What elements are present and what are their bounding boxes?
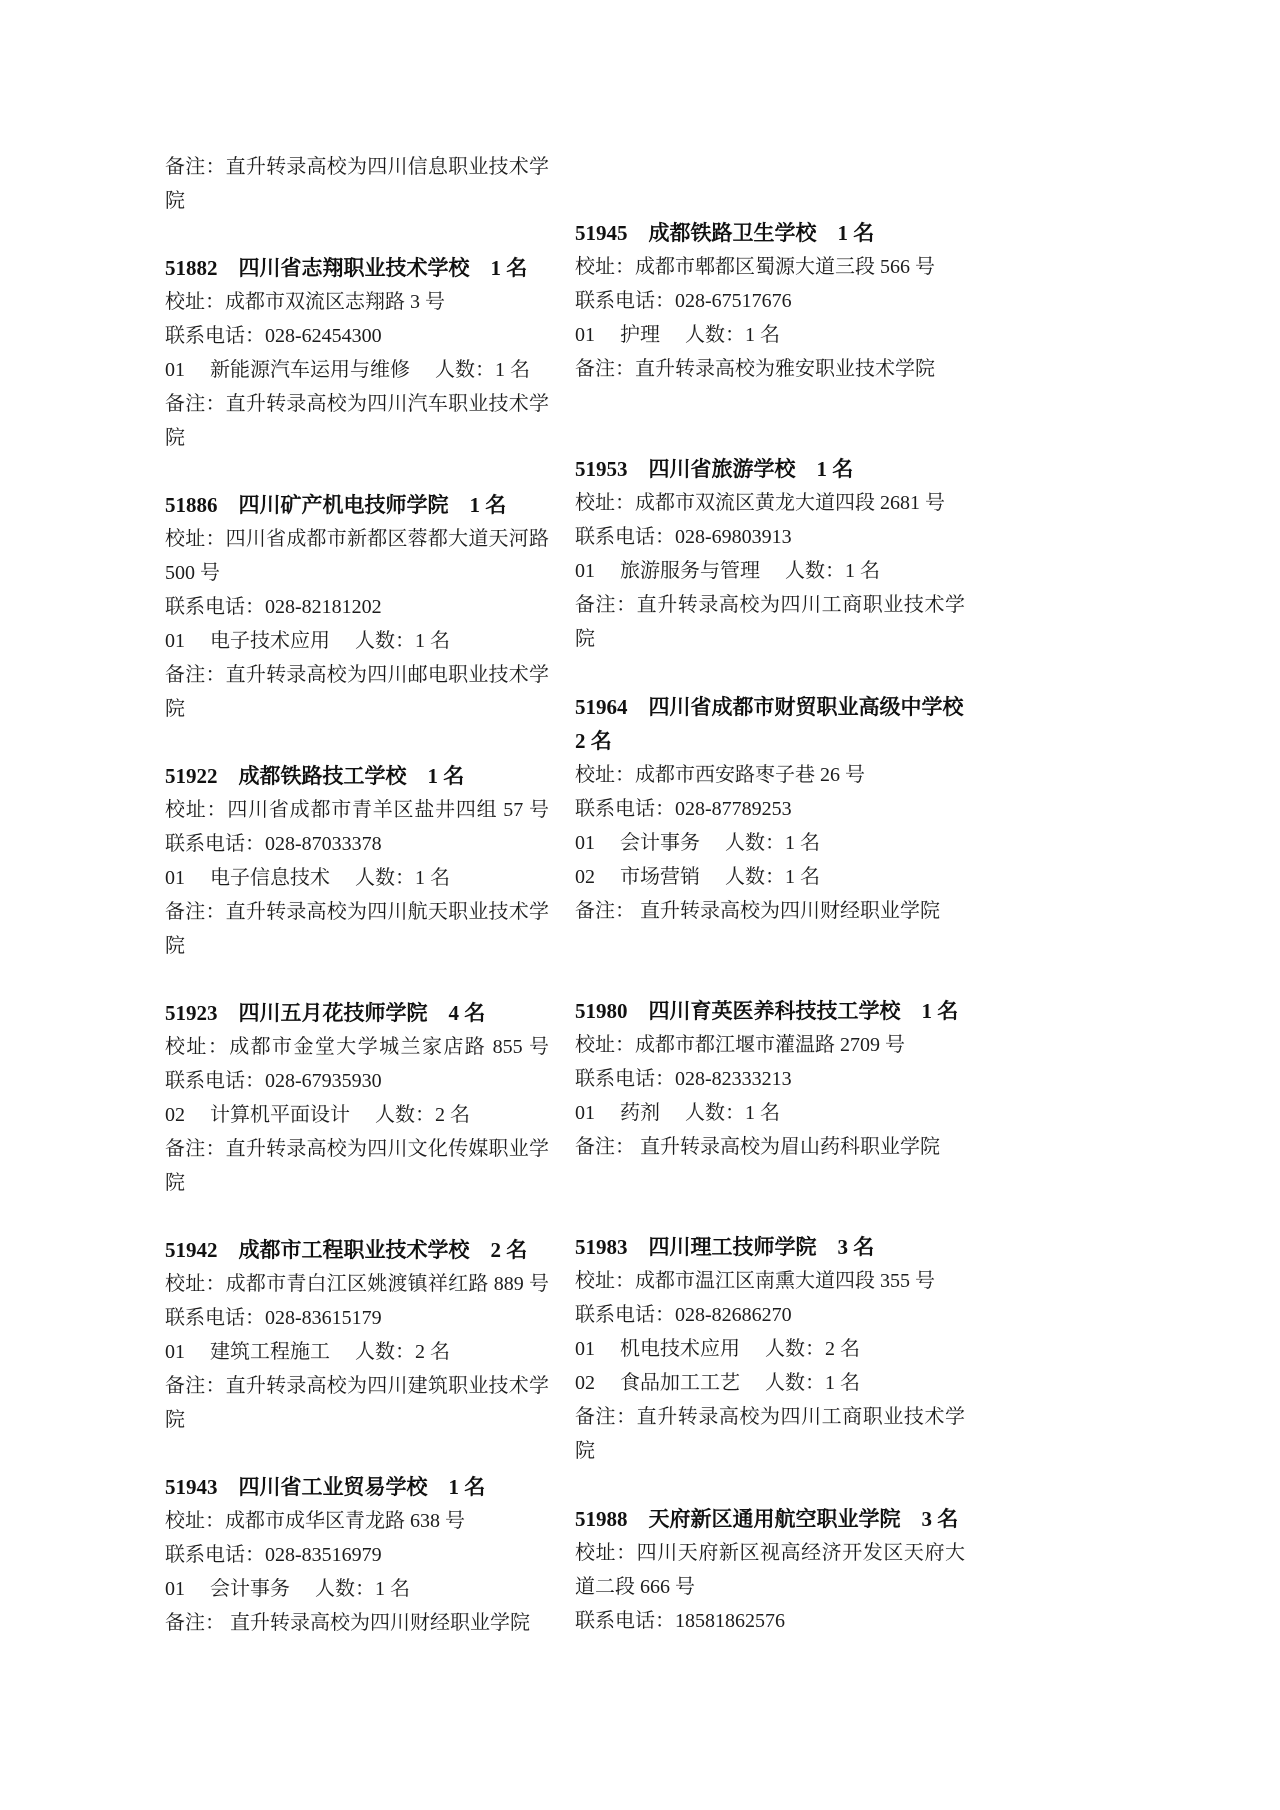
school-entry: 51980 四川育英医养科技技工学校 1 名校址：成都市都江堰市灌温路 2709… [575,994,965,1164]
school-entry: 51882 四川省志翔职业技术学校 1 名校址：成都市双流区志翔路 3 号联系电… [165,251,549,455]
school-info-line: 校址：四川省成都市新都区蓉都大道天河路 [165,522,549,556]
school-entry: 51983 四川理工技师学院 3 名校址：成都市温江区南熏大道四段 355 号联… [575,1230,965,1468]
school-entry: 51953 四川省旅游学校 1 名校址：成都市双流区黄龙大道四段 2681 号联… [575,452,965,656]
school-header-continued: 2 名 [575,724,965,758]
school-info-line: 联系电话：028-69803913 [575,520,965,554]
school-info-line: 02 市场营销 人数：1 名 [575,860,965,894]
school-info-line: 01 会计事务 人数：1 名 [165,1572,549,1606]
school-info-line: 备注：直升转录高校为四川工商职业技术学 [575,588,965,622]
school-info-line: 院 [575,1434,965,1468]
school-entry: 51923 四川五月花技师学院 4 名校址：成都市金堂大学城兰家店路 855 号… [165,996,549,1200]
school-info-line: 备注： 直升转录高校为四川财经职业学院 [165,1606,549,1640]
school-info-line: 备注：直升转录高校为四川工商职业技术学 [575,1400,965,1434]
school-info-line: 校址：成都市双流区黄龙大道四段 2681 号 [575,486,965,520]
school-info-line: 01 机电技术应用 人数：2 名 [575,1332,965,1366]
school-info-line: 院 [575,622,965,656]
school-info-line: 备注：直升转录高校为四川航天职业技术学 [165,895,549,929]
school-info-line: 联系电话：18581862576 [575,1604,965,1638]
school-info-line: 院 [165,692,549,726]
school-info-line: 院 [165,184,549,218]
school-info-line: 校址：成都市温江区南熏大道四段 355 号 [575,1264,965,1298]
school-info-line: 01 药剂 人数：1 名 [575,1096,965,1130]
school-info-line: 备注：直升转录高校为四川汽车职业技术学 [165,387,549,421]
school-info-line: 联系电话：028-87033378 [165,827,549,861]
school-info-line: 校址：成都市双流区志翔路 3 号 [165,285,549,319]
school-info-line: 校址：成都市郫都区蜀源大道三段 566 号 [575,250,965,284]
school-info-line: 备注： 直升转录高校为眉山药科职业学院 [575,1130,965,1164]
right-column: 51945 成都铁路卫生学校 1 名校址：成都市郫都区蜀源大道三段 566 号联… [575,216,965,1638]
school-header: 51942 成都市工程职业技术学校 2 名 [165,1233,549,1267]
school-entry: 51922 成都铁路技工学校 1 名校址：四川省成都市青羊区盐井四组 57 号联… [165,759,549,963]
school-header: 51964 四川省成都市财贸职业高级中学校 [575,690,965,724]
school-info-line: 01 建筑工程施工 人数：2 名 [165,1335,549,1369]
school-info-line: 联系电话：028-62454300 [165,319,549,353]
document-page: 备注：直升转录高校为四川信息职业技术学院51882 四川省志翔职业技术学校 1 … [0,0,1280,1810]
school-info-line: 校址：成都市成华区青龙路 638 号 [165,1504,549,1538]
school-info-line: 备注：直升转录高校为四川信息职业技术学 [165,150,549,184]
school-info-line: 院 [165,1403,549,1437]
school-info-line: 联系电话：028-67517676 [575,284,965,318]
school-entry: 51942 成都市工程职业技术学校 2 名校址：成都市青白江区姚渡镇祥红路 88… [165,1233,549,1437]
school-info-line: 500 号 [165,556,549,590]
school-header: 51980 四川育英医养科技技工学校 1 名 [575,994,965,1028]
school-info-line: 备注：直升转录高校为雅安职业技术学院 [575,352,965,386]
school-entry: 51945 成都铁路卫生学校 1 名校址：成都市郫都区蜀源大道三段 566 号联… [575,216,965,386]
school-entry: 51988 天府新区通用航空职业学院 3 名校址：四川天府新区视高经济开发区天府… [575,1502,965,1638]
school-info-line: 联系电话：028-67935930 [165,1064,549,1098]
school-header: 51983 四川理工技师学院 3 名 [575,1230,965,1264]
school-info-line: 联系电话：028-87789253 [575,792,965,826]
school-header: 51953 四川省旅游学校 1 名 [575,452,965,486]
school-header: 51882 四川省志翔职业技术学校 1 名 [165,251,549,285]
school-info-line: 联系电话：028-82181202 [165,590,549,624]
school-info-line: 联系电话：028-82333213 [575,1062,965,1096]
school-info-line: 备注：直升转录高校为四川文化传媒职业学 [165,1132,549,1166]
school-header: 51886 四川矿产机电技师学院 1 名 [165,488,549,522]
school-header: 51988 天府新区通用航空职业学院 3 名 [575,1502,965,1536]
school-info-line: 联系电话：028-83516979 [165,1538,549,1572]
school-info-line: 联系电话：028-82686270 [575,1298,965,1332]
school-header: 51945 成都铁路卫生学校 1 名 [575,216,965,250]
school-info-line: 01 电子技术应用 人数：1 名 [165,624,549,658]
school-info-line: 校址：四川省成都市青羊区盐井四组 57 号 [165,793,549,827]
school-info-line: 01 电子信息技术 人数：1 名 [165,861,549,895]
school-info-line: 校址：成都市青白江区姚渡镇祥红路 889 号 [165,1267,549,1301]
school-header: 51922 成都铁路技工学校 1 名 [165,759,549,793]
school-info-line: 院 [165,929,549,963]
school-entry: 51964 四川省成都市财贸职业高级中学校2 名校址：成都市西安路枣子巷 26 … [575,690,965,928]
school-info-line: 02 计算机平面设计 人数：2 名 [165,1098,549,1132]
left-column: 备注：直升转录高校为四川信息职业技术学院51882 四川省志翔职业技术学校 1 … [165,150,549,1640]
school-header: 51943 四川省工业贸易学校 1 名 [165,1470,549,1504]
school-info-line: 道二段 666 号 [575,1570,965,1604]
school-info-line: 院 [165,421,549,455]
school-info-line: 校址：成都市都江堰市灌温路 2709 号 [575,1028,965,1062]
school-info-line: 01 新能源汽车运用与维修 人数：1 名 [165,353,549,387]
school-entry: 备注：直升转录高校为四川信息职业技术学院 [165,150,549,218]
school-info-line: 校址：成都市西安路枣子巷 26 号 [575,758,965,792]
school-info-line: 联系电话：028-83615179 [165,1301,549,1335]
school-info-line: 院 [165,1166,549,1200]
school-info-line: 校址：成都市金堂大学城兰家店路 855 号 [165,1030,549,1064]
school-info-line: 备注：直升转录高校为四川邮电职业技术学 [165,658,549,692]
school-info-line: 02 食品加工工艺 人数：1 名 [575,1366,965,1400]
school-info-line: 备注：直升转录高校为四川建筑职业技术学 [165,1369,549,1403]
school-info-line: 01 护理 人数：1 名 [575,318,965,352]
school-header: 51923 四川五月花技师学院 4 名 [165,996,549,1030]
school-info-line: 校址：四川天府新区视高经济开发区天府大 [575,1536,965,1570]
school-entry: 51943 四川省工业贸易学校 1 名校址：成都市成华区青龙路 638 号联系电… [165,1470,549,1640]
school-info-line: 01 旅游服务与管理 人数：1 名 [575,554,965,588]
school-info-line: 备注： 直升转录高校为四川财经职业学院 [575,894,965,928]
school-info-line: 01 会计事务 人数：1 名 [575,826,965,860]
school-entry: 51886 四川矿产机电技师学院 1 名校址：四川省成都市新都区蓉都大道天河路5… [165,488,549,726]
